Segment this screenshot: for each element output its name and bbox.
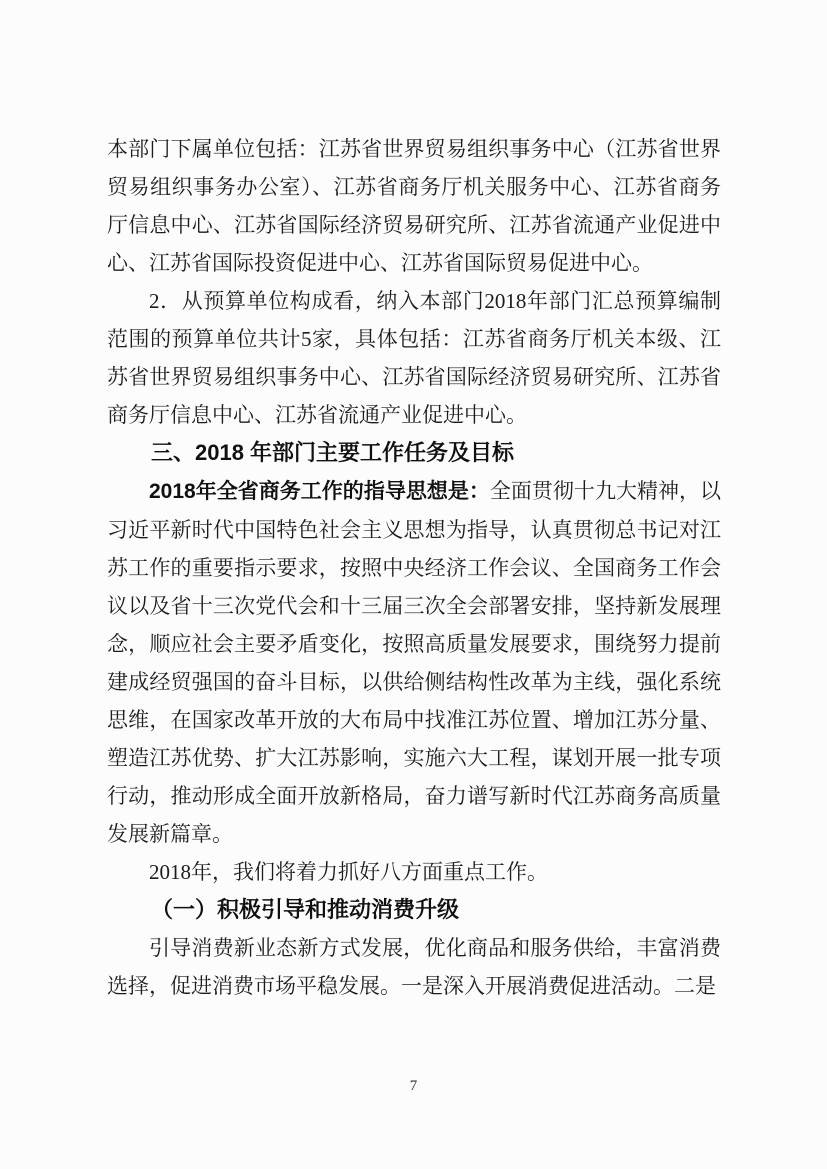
heading-item-one: （一）积极引导和推动消费升级 (107, 891, 721, 929)
paragraph-guiding-thought: 2018年全省商务工作的指导思想是：全面贯彻十九大精神，以习近平新时代中国特色社… (107, 472, 721, 853)
paragraph-budget-units: 2．从预算单位构成看，纳入本部门2018年部门汇总预算编制范围的预算单位共计5家… (107, 282, 721, 434)
paragraph-2018-focus: 2018年，我们将着力抓好八方面重点工作。 (107, 853, 721, 891)
paragraph-consumption-intro: 引导消费新业态新方式发展，优化商品和服务供给，丰富消费选择，促进消费市场平稳发展… (107, 929, 721, 1005)
guiding-thought-lead: 2018年全省商务工作的指导思想是： (149, 480, 490, 503)
page-number: 7 (0, 1076, 827, 1096)
heading-section-three: 三、2018 年部门主要工作任务及目标 (107, 434, 721, 472)
guiding-thought-body: 全面贯彻十九大精神，以习近平新时代中国特色社会主义思想为指导，认真贯彻总书记对江… (107, 479, 721, 846)
document-page: 本部门下属单位包括：江苏省世界贸易组织事务中心（江苏省世界贸易组织事务办公室）、… (0, 0, 827, 1169)
paragraph-subordinate-units: 本部门下属单位包括：江苏省世界贸易组织事务中心（江苏省世界贸易组织事务办公室）、… (107, 130, 721, 282)
page-content: 本部门下属单位包括：江苏省世界贸易组织事务中心（江苏省世界贸易组织事务办公室）、… (107, 130, 721, 1005)
